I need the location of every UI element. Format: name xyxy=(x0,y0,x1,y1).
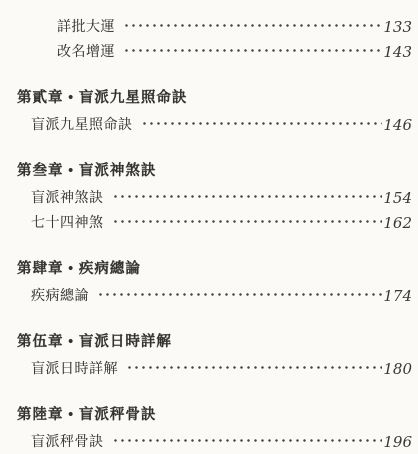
dotted-leader xyxy=(123,38,382,63)
toc-entry-title: 盲派秤骨訣 xyxy=(31,431,104,451)
toc-section: 第貳章 • 盲派九星照命訣盲派九星照命訣146 xyxy=(0,86,412,136)
toc-entry-page: 162 xyxy=(383,214,412,232)
scanned-toc-page: 詳批大運133改名增運143第貳章 • 盲派九星照命訣盲派九星照命訣146第叁章… xyxy=(0,0,418,454)
toc-entry-title: 盲派日時詳解 xyxy=(31,358,118,378)
toc-entry-title: 七十四神煞 xyxy=(31,212,104,232)
chapter-heading: 第貳章 • 盲派九星照命訣 xyxy=(17,86,412,111)
toc-section: 第肆章 • 疾病總論疾病總論174 xyxy=(0,257,412,307)
chapter-heading: 第伍章 • 盲派日時詳解 xyxy=(17,330,412,355)
chapter-heading: 第叁章 • 盲派神煞訣 xyxy=(17,159,412,184)
toc-entry-page: 146 xyxy=(383,116,412,134)
chapter-heading: 第肆章 • 疾病總論 xyxy=(17,257,412,282)
toc-entry-title: 改名增運 xyxy=(57,41,115,61)
toc-section: 第陸章 • 盲派秤骨訣盲派秤骨訣196 xyxy=(0,403,412,453)
chapter-heading: 第陸章 • 盲派秤骨訣 xyxy=(17,403,412,428)
dotted-leader xyxy=(141,111,383,136)
toc-entry: 盲派日時詳解180 xyxy=(31,355,412,380)
toc-entry: 疾病總論174 xyxy=(31,282,412,307)
dotted-leader xyxy=(126,355,382,380)
toc-entry: 盲派神煞訣154 xyxy=(31,184,412,209)
dotted-leader xyxy=(112,428,383,453)
dotted-leader xyxy=(97,282,382,307)
toc-entry: 盲派秤骨訣196 xyxy=(31,428,412,453)
dotted-leader xyxy=(123,13,382,38)
toc-entry-page: 180 xyxy=(383,360,412,378)
toc-entry-page: 133 xyxy=(383,18,412,36)
toc-entry-page: 143 xyxy=(383,43,412,61)
toc-entry-title: 盲派神煞訣 xyxy=(31,187,104,207)
toc-entry-title: 疾病總論 xyxy=(31,285,89,305)
dotted-leader xyxy=(112,184,383,209)
toc-entry: 改名增運143 xyxy=(57,38,412,63)
toc-entry-page: 154 xyxy=(383,189,412,207)
toc-section: 第叁章 • 盲派神煞訣盲派神煞訣154七十四神煞162 xyxy=(0,159,412,234)
toc-entry: 詳批大運133 xyxy=(57,13,412,38)
toc-entry-page: 196 xyxy=(383,433,412,451)
toc-entry-page: 174 xyxy=(383,287,412,305)
toc-entry-title: 盲派九星照命訣 xyxy=(31,114,133,134)
toc-section: 第伍章 • 盲派日時詳解盲派日時詳解180 xyxy=(0,330,412,380)
toc-entry-title: 詳批大運 xyxy=(57,16,115,36)
toc-entry: 七十四神煞162 xyxy=(31,209,412,234)
table-of-contents: 詳批大運133改名增運143第貳章 • 盲派九星照命訣盲派九星照命訣146第叁章… xyxy=(0,13,412,453)
toc-entry: 盲派九星照命訣146 xyxy=(31,111,412,136)
toc-section: 詳批大運133改名增運143 xyxy=(0,13,412,63)
dotted-leader xyxy=(112,209,383,234)
